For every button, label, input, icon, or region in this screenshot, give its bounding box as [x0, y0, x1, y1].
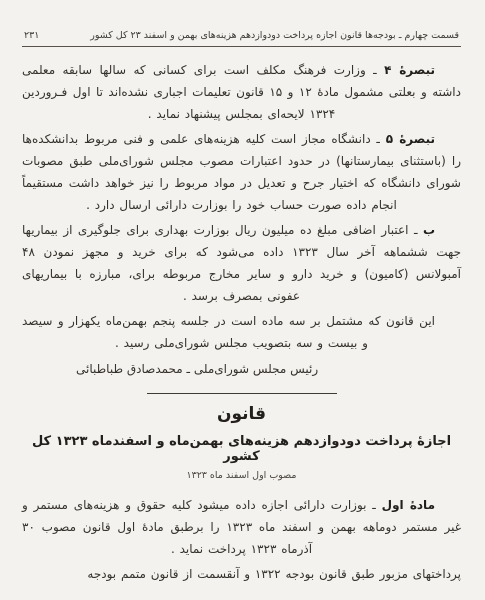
- running-header-title: قسمت چهارم ـ بودجه‌ها قانون اجازه پرداخت…: [90, 30, 459, 41]
- article-1-label: مادهٔ اول: [382, 498, 435, 512]
- running-header: قسمت چهارم ـ بودجه‌ها قانون اجازه پرداخت…: [22, 30, 461, 46]
- document-page: قسمت چهارم ـ بودجه‌ها قانون اجازه پرداخت…: [0, 0, 485, 600]
- paragraph-clause-b: ب ـ اعتبار اضافی مبلغ ده میلیون ریال بوز…: [22, 219, 461, 307]
- law-title: اجازهٔ پرداخت دودوازدهم هزینه‌های بهمن‌م…: [22, 434, 461, 464]
- page-number: ۲۳۱: [24, 30, 39, 41]
- paragraph-note-4: تبصرهٔ ۴ ـ وزارت فرهنگ مکلف است برای کسا…: [22, 59, 461, 125]
- header-rule: [22, 46, 461, 47]
- paragraph-note-5: تبصرهٔ ۵ ـ دانشگاه مجاز است کلیه هزینه‌ه…: [22, 128, 461, 216]
- law-subtitle: مصوب اول اسفند ماه ۱۳۲۳: [22, 470, 461, 481]
- section-divider: [147, 393, 337, 394]
- clause-b-text: ـ اعتبار اضافی مبلغ ده میلیون ریال بوزار…: [22, 223, 461, 303]
- note-5-label: تبصرهٔ ۵: [386, 132, 435, 146]
- ratification-text: این قانون که مشتمل بر سه ماده است در جلس…: [22, 314, 435, 350]
- paragraph-continuation: پرداختهای مزبور طبق قانون بودجه ۱۳۲۲ و آ…: [22, 563, 461, 585]
- clause-b-label: ب: [423, 223, 435, 237]
- note-4-label: تبصرهٔ ۴: [384, 63, 435, 77]
- paragraph-ratification: این قانون که مشتمل بر سه ماده است در جلس…: [22, 310, 461, 354]
- paragraph-article-1: مادهٔ اول ـ بوزارت دارائی اجازه داده میش…: [22, 494, 461, 560]
- signature-line: رئیس مجلس شورای‌ملی ـ محمدصادق طباطبائی: [22, 358, 461, 380]
- law-heading: قانون: [22, 404, 461, 424]
